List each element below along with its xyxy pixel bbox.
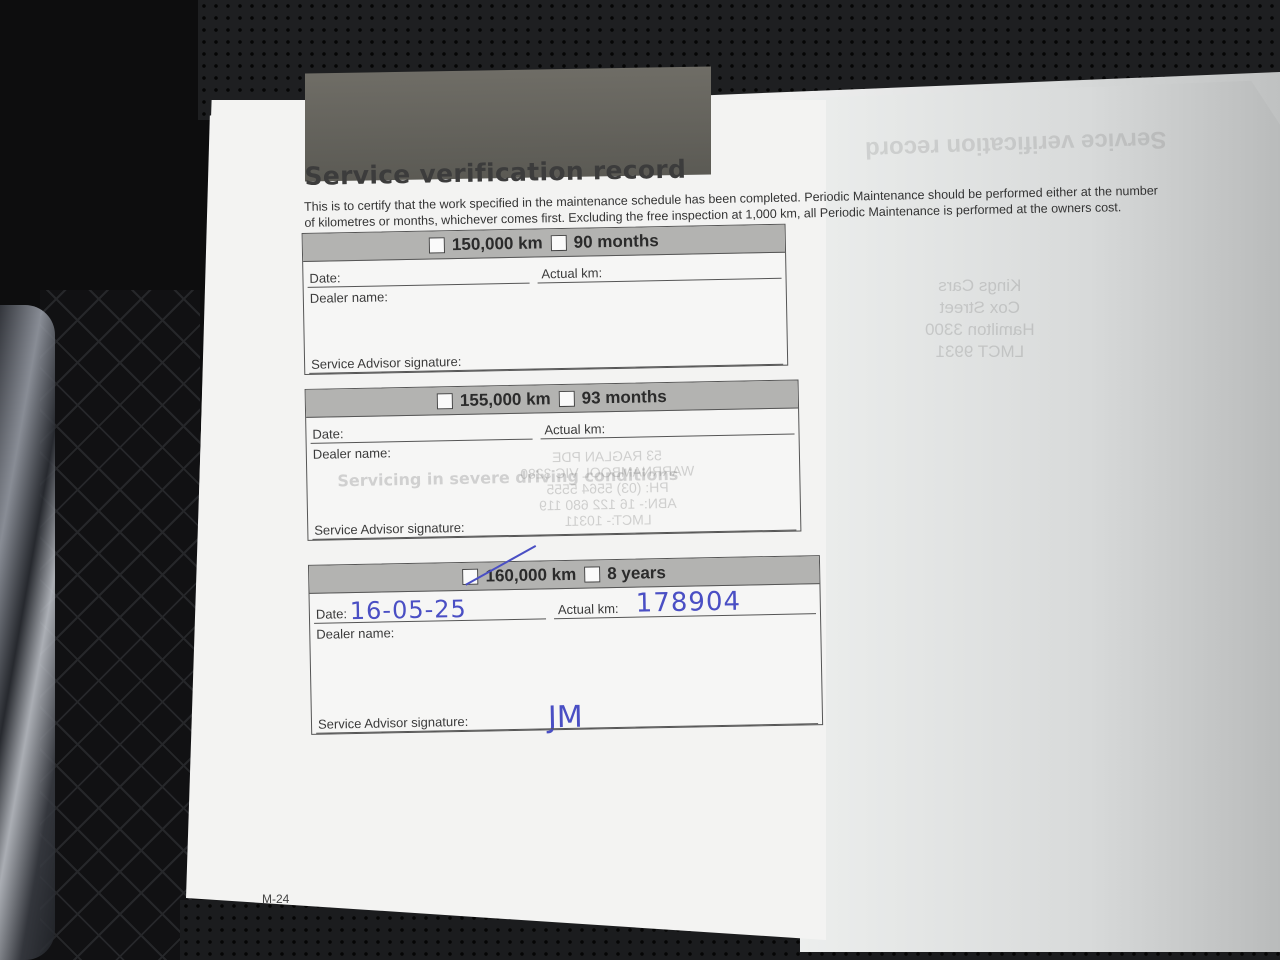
interval-label: 90 months — [573, 231, 658, 253]
interval-checkbox[interactable] — [584, 566, 600, 582]
interval-label: 93 months — [581, 387, 666, 409]
distance-label: 155,000 km — [460, 389, 551, 411]
signature-field[interactable]: 53 RAGLAN PDE WARRNAMBOOL VIC 3280 PH: (… — [307, 452, 800, 539]
handwritten-signature: JM — [548, 700, 583, 736]
page-number: M-24 — [262, 892, 289, 906]
interval-checkbox[interactable] — [559, 390, 575, 406]
handwritten-actual-km: 178904 — [635, 587, 741, 619]
plastic-wrap — [0, 305, 55, 960]
signature-label: Service Advisor signature: — [318, 714, 469, 732]
distance-checkbox[interactable] — [462, 568, 478, 584]
signature-field[interactable]: Service Advisor signature: JM — [310, 632, 822, 734]
bleed-through-stamp: 53 RAGLAN PDE WARRNAMBOOL VIC 3280 PH: (… — [457, 445, 758, 531]
actual-km-label: Actual km: — [541, 265, 602, 281]
handwritten-date: 16-05-25 — [350, 595, 467, 625]
floor-mat — [40, 290, 200, 960]
distance-label: 150,000 km — [452, 233, 543, 255]
actual-km-label: Actual km: — [558, 601, 619, 617]
distance-checkbox[interactable] — [429, 237, 445, 253]
date-label: Date: — [316, 606, 347, 622]
signature-label: Service Advisor signature: — [314, 520, 465, 538]
interval-label: 8 years — [607, 563, 666, 584]
interval-checkbox[interactable] — [551, 234, 567, 250]
date-label: Date: — [309, 270, 340, 286]
record-150000: 150,000 km 90 months Date: Actual km: De… — [302, 224, 789, 375]
record-160000: 160,000 km 8 years Date: 16-05-25 Actual… — [308, 555, 823, 735]
signature-field[interactable]: Service Advisor signature: — [304, 297, 787, 374]
signature-label: Service Advisor signature: — [311, 354, 462, 372]
service-verification-record: Service verification record This is to c… — [300, 132, 1271, 735]
record-155000: 155,000 km 93 months Date: Actual km: De… — [305, 379, 802, 540]
distance-checkbox[interactable] — [437, 393, 453, 409]
actual-km-label: Actual km: — [544, 421, 605, 437]
date-label: Date: — [312, 426, 343, 442]
distance-label: 160,000 km — [485, 564, 576, 586]
